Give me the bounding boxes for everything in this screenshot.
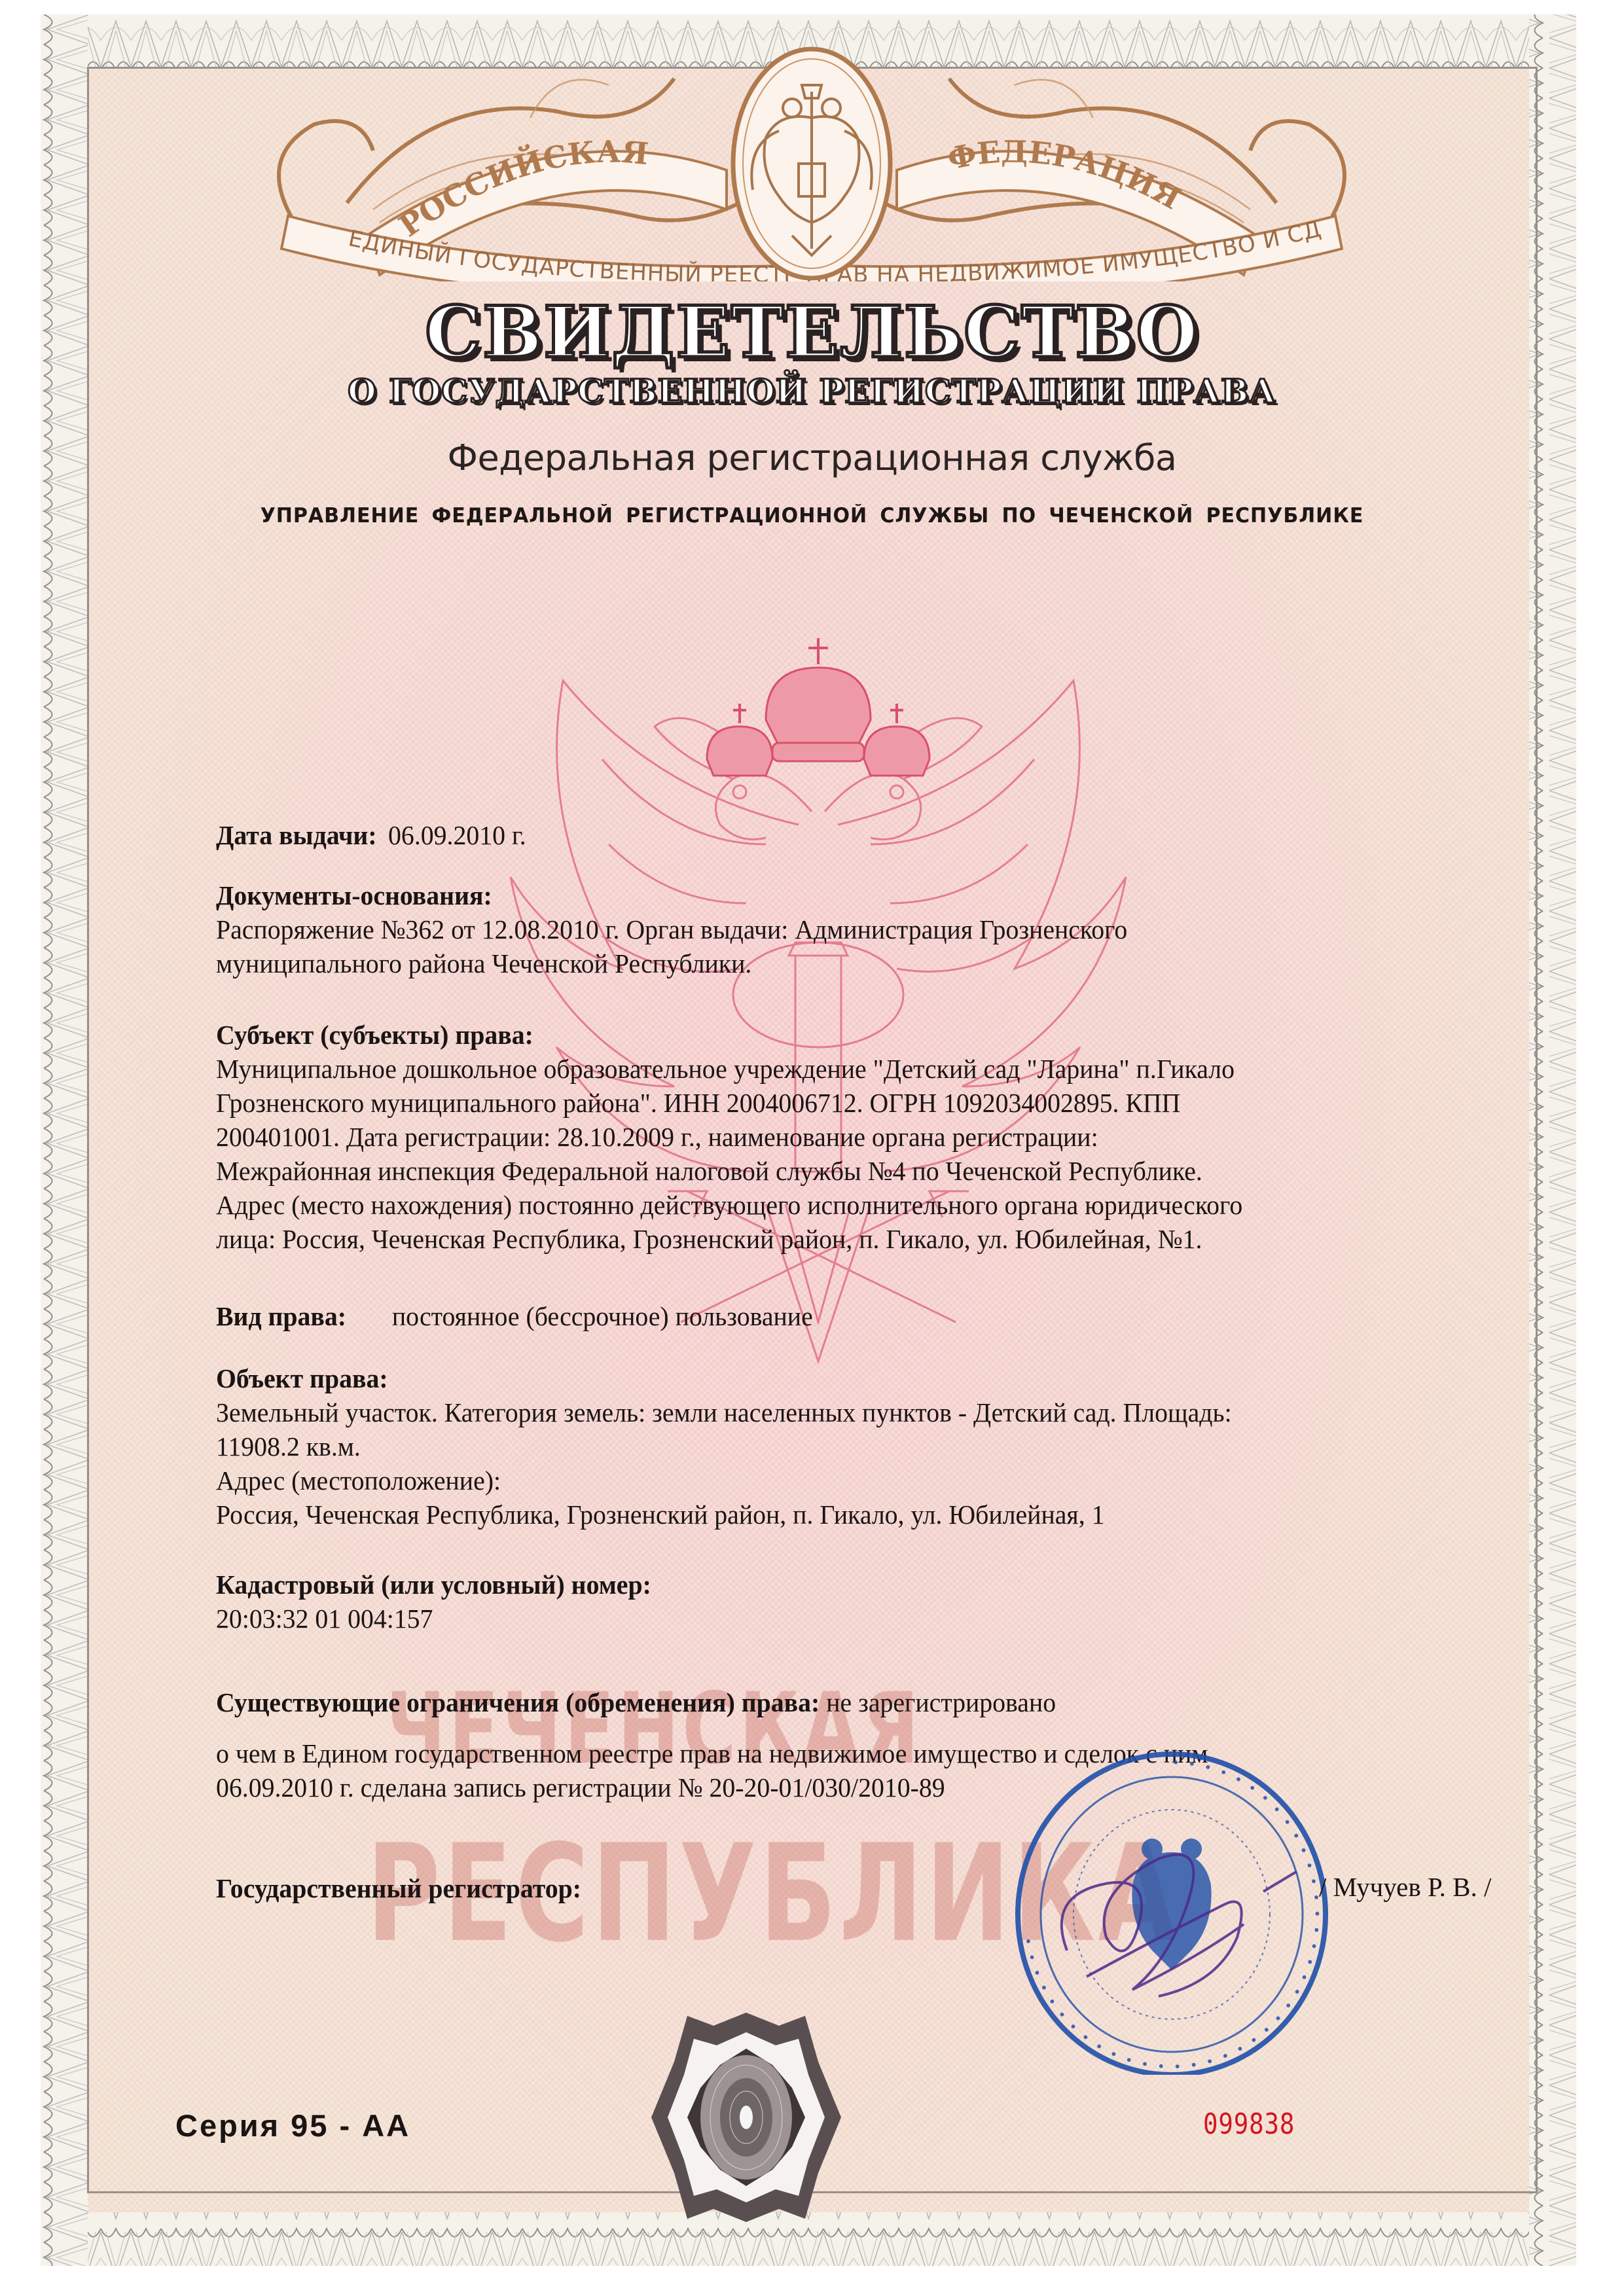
- object-line: 11908.2 кв.м.: [216, 1429, 1232, 1463]
- object-line: Адрес (местоположение):: [216, 1463, 1232, 1498]
- right-type-label: Вид права:: [216, 1301, 346, 1331]
- cadastral-section: Кадастровый (или условный) номер: 20:03:…: [216, 1568, 651, 1636]
- header-emblem: РОССИЙСКАЯ ФЕДЕРАЦИЯ ЕДИНЫЙ ГОСУДАРСТВЕН…: [216, 39, 1407, 281]
- basis-documents-line: Распоряжение №362 от 12.08.2010 г. Орган…: [216, 912, 1127, 946]
- encumbrances-label: Существующие ограничения (обременения) п…: [216, 1687, 820, 1717]
- official-stamp-icon: • • • • • • • • • • • • • • • • • • • • …: [988, 1741, 1355, 2075]
- security-rosette-icon: [648, 2009, 844, 2225]
- subject-section: Субъект (субъекты) права: Муниципальное …: [216, 1018, 1242, 1256]
- right-type-row: Вид права:постоянное (бессрочное) пользо…: [216, 1299, 813, 1333]
- subject-label: Субъект (субъекты) права:: [216, 1018, 1242, 1052]
- issue-date-row: Дата выдачи:06.09.2010 г.: [216, 818, 526, 852]
- certificate-title: СВИДЕТЕЛЬСТВО: [0, 291, 1624, 374]
- subject-line: Муниципальное дошкольное образовательное…: [216, 1052, 1242, 1086]
- department-name: УПРАВЛЕНИЕ ФЕДЕРАЛЬНОЙ РЕГИСТРАЦИОННОЙ С…: [24, 504, 1600, 528]
- issue-date-value: 06.09.2010 г.: [388, 820, 526, 850]
- registrar-name: / Мучуев Р. В. /: [1319, 1871, 1491, 1903]
- basis-documents-line: муниципального района Чеченской Республи…: [216, 946, 1127, 980]
- series-label: Серия 95 - АА: [175, 2108, 410, 2144]
- right-type-value: постоянное (бессрочное) пользование: [392, 1301, 813, 1331]
- agency-name: Федеральная регистрационная служба: [0, 437, 1624, 478]
- issue-date-label: Дата выдачи:: [216, 820, 377, 850]
- encumbrances-value: не зарегистрировано: [826, 1687, 1056, 1717]
- object-line: Земельный участок. Категория земель: зем…: [216, 1395, 1232, 1429]
- subject-line: Грозненского муниципального района". ИНН…: [216, 1086, 1242, 1120]
- registrar-label: Государственный регистратор:: [216, 1873, 581, 1903]
- certificate-subtitle: О ГОСУДАРСТВЕННОЙ РЕГИСТРАЦИИ ПРАВА: [0, 372, 1624, 410]
- serial-number: 099838: [1203, 2108, 1295, 2141]
- registrar-row: Государственный регистратор:: [216, 1871, 581, 1905]
- subject-line: 200401001. Дата регистрации: 28.10.2009 …: [216, 1120, 1242, 1154]
- encumbrances-row: Существующие ограничения (обременения) п…: [216, 1685, 1056, 1719]
- subject-line: Межрайонная инспекция Федеральной налого…: [216, 1154, 1242, 1188]
- basis-documents-section: Документы-основания: Распоряжение №362 о…: [216, 878, 1127, 980]
- object-label: Объект права:: [216, 1361, 1232, 1395]
- cadastral-number: 20:03:32 01 004:157: [216, 1602, 651, 1636]
- object-line: Россия, Чеченская Республика, Грозненски…: [216, 1498, 1232, 1532]
- subject-line: лица: Россия, Чеченская Республика, Гроз…: [216, 1222, 1242, 1256]
- basis-documents-label: Документы-основания:: [216, 878, 1127, 912]
- object-section: Объект права: Земельный участок. Категор…: [216, 1361, 1232, 1532]
- subject-line: Адрес (место нахождения) постоянно дейст…: [216, 1188, 1242, 1222]
- cadastral-label: Кадастровый (или условный) номер:: [216, 1568, 651, 1602]
